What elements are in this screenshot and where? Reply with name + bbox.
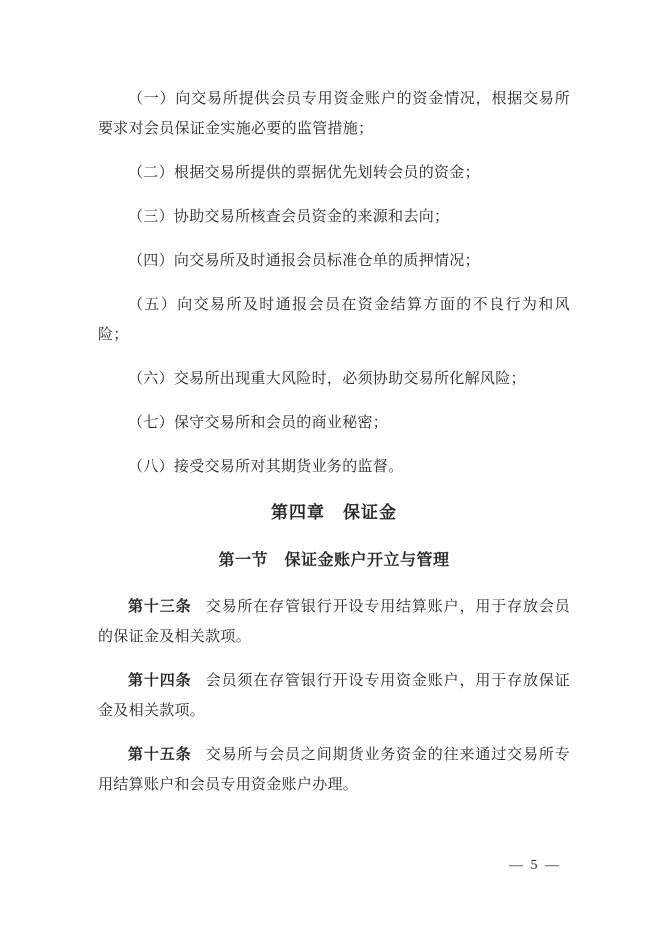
page-content: （一）向交易所提供会员专用资金账户的资金情况，根据交易所要求对会员保证金实施必要… <box>98 84 570 800</box>
document-page: （一）向交易所提供会员专用资金账户的资金情况，根据交易所要求对会员保证金实施必要… <box>0 0 662 936</box>
list-item: （三）协助交易所核查会员资金的来源和去向； <box>98 202 570 232</box>
article: 第十四条会员须在存管银行开设专用资金账户，用于存放保证金及相关款项。 <box>98 666 570 726</box>
list-item: （八）接受交易所对其期货业务的监督。 <box>98 452 570 482</box>
article-label: 第十四条 <box>128 673 191 689</box>
article: 第十三条交易所在存管银行开设专用结算账户，用于存放会员的保证金及相关款项。 <box>98 592 570 652</box>
list-item: （七）保守交易所和会员的商业秘密； <box>98 408 570 438</box>
list-item: （一）向交易所提供会员专用资金账户的资金情况，根据交易所要求对会员保证金实施必要… <box>98 84 570 144</box>
chapter-heading: 第四章 保证金 <box>98 498 570 528</box>
section-heading: 第一节 保证金账户开立与管理 <box>98 546 570 576</box>
article-label: 第十五条 <box>128 747 191 763</box>
list-item: （五）向交易所及时通报会员在资金结算方面的不良行为和风险； <box>98 290 570 350</box>
article: 第十五条交易所与会员之间期货业务资金的往来通过交易所专用结算账户和会员专用资金账… <box>98 740 570 800</box>
list-item: （二）根据交易所提供的票据优先划转会员的资金； <box>98 158 570 188</box>
article-label: 第十三条 <box>128 599 191 615</box>
page-number: — 5 — <box>470 858 600 874</box>
list-item: （六）交易所出现重大风险时，必须协助交易所化解风险； <box>98 364 570 394</box>
list-item: （四）向交易所及时通报会员标准仓单的质押情况； <box>98 246 570 276</box>
